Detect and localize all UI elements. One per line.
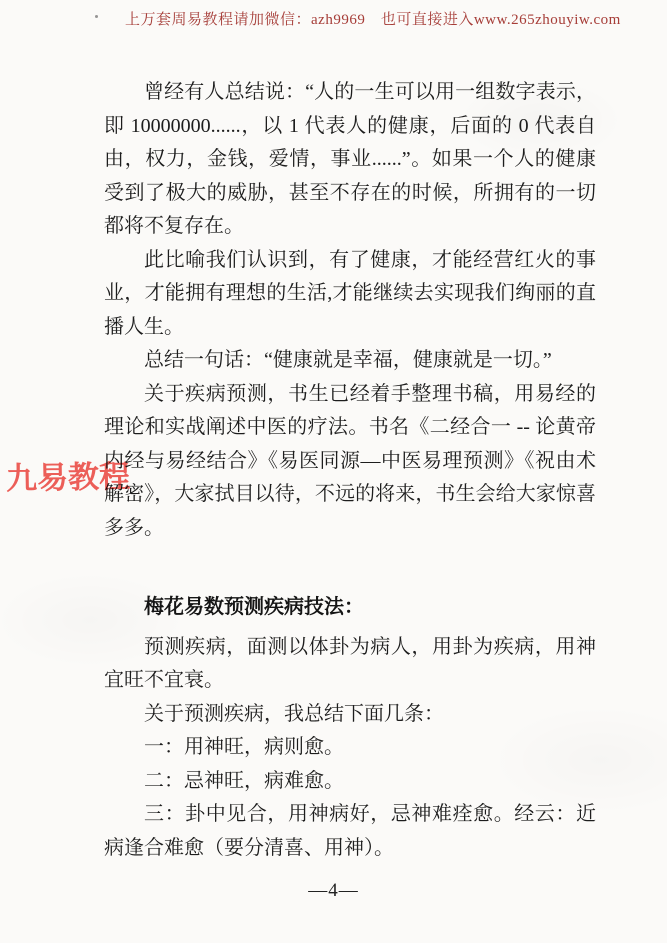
- watermark-text: 九易教程: [6, 451, 131, 498]
- paragraph-health-numbers: 曾经有人总结说：“人的一生可以用一组数字表示，即 10000000......，…: [104, 76, 596, 244]
- paragraph-summary-quote: 总结一句话：“健康就是幸福，健康就是一切。”: [104, 344, 596, 378]
- paragraph-book-announcement: 关于疾病预测，书生已经着手整理书稿，用易经的理论和实战阐述中医的疗法。书名《二经…: [104, 378, 596, 546]
- paragraph-prediction-basis: 预测疾病，面测以体卦为病人，用卦为疾病，用神宜旺不宜衰。: [104, 631, 596, 698]
- scan-artifact-dot: [95, 15, 98, 18]
- page-number: —4—: [0, 880, 667, 902]
- rule-item-3: 三：卦中见合，用神病好，忌神难痊愈。经云：近病逢合难愈（要分清喜、用神）。: [104, 798, 596, 865]
- rule-item-2: 二：忌神旺，病难愈。: [104, 765, 596, 799]
- section-heading-meihua: 梅花易数预测疾病技法：: [104, 591, 596, 625]
- rule-item-1: 一：用神旺，病则愈。: [104, 731, 596, 765]
- document-body: 曾经有人总结说：“人的一生可以用一组数字表示，即 10000000......，…: [104, 76, 596, 865]
- paragraph-metaphor: 此比喻我们认识到，有了健康，才能经营红火的事业，才能拥有理想的生活,才能继续去实…: [104, 244, 596, 345]
- header-ad-text: 上万套周易教程请加微信：azh9969 也可直接进入www.265zhouyiw…: [125, 8, 605, 29]
- paragraph-rules-intro: 关于预测疾病，我总结下面几条：: [104, 698, 596, 732]
